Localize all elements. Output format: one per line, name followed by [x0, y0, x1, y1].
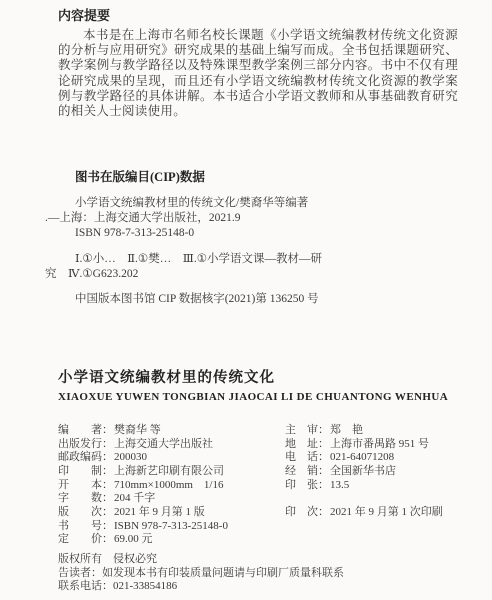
colophon-row-chief-reviewer: 主 审：郑 艳 [285, 421, 458, 435]
copyright-statement: 版权所有 侵权必究 [58, 553, 458, 567]
cip-heading: 图书在版编目(CIP)数据 [75, 170, 457, 184]
colophon-value: 上海交通大学出版社 [114, 435, 213, 451]
colophon-right-column: 主 审：郑 艳 地 址：上海市番禺路 951 号 电 话：021-6407120… [285, 421, 458, 517]
colophon-value: 2021 年 9 月第 1 次印刷 [330, 503, 443, 519]
colophon-row-distributor: 经 销：全国新华书店 [285, 462, 458, 476]
book-title-block: 小学语文统编教材里的传统文化 XIAOXUE YUWEN TONGBIAN JI… [58, 366, 458, 403]
colophon-row-edition: 版 次：2021 年 9 月第 1 版 [58, 503, 283, 517]
colophon-value: 全国新华书店 [330, 462, 396, 478]
colophon-left-column: 编 著：樊裔华 等 出版发行：上海交通大学出版社 邮政编码：200030 印 制… [58, 421, 283, 544]
colophon-label: 印 次： [285, 503, 329, 519]
cip-data-section: 图书在版编目(CIP)数据 小学语文统编教材里的传统文化/樊裔华等编著 .—上海… [45, 170, 457, 306]
book-title-pinyin: XIAOXUE YUWEN TONGBIAN JIAOCAI LI DE CHU… [58, 391, 458, 403]
colophon-row-printing: 印 次：2021 年 9 月第 1 次印刷 [285, 503, 458, 517]
content-summary-section: 内容提要 本书是在上海市名师名校长课题《小学语文统编教材传统文化资源的分析与应用… [58, 5, 458, 119]
colophon-row-price: 定 价：69.00 元 [58, 530, 283, 544]
colophon-row-author: 编 著：樊裔华 等 [58, 421, 283, 435]
colophon-label: 定 价： [58, 530, 113, 546]
contact-phone: 联系电话：021-33854186 [58, 580, 458, 594]
colophon-value: 上海市番禺路 951 号 [330, 435, 429, 451]
reader-notice: 告读者：如发现本书有印装质量问题请与印刷厂质量科联系 [58, 567, 458, 581]
cip-title-line: 小学语文统编教材里的传统文化/樊裔华等编著 [75, 196, 457, 210]
colophon-value: 2021 年 9 月第 1 版 [114, 503, 205, 519]
summary-body: 本书是在上海市名师名校长课题《小学语文统编教材传统文化资源的分析与应用研究》研究… [58, 28, 458, 119]
colophon-row-phone: 电 话：021-64071208 [285, 448, 458, 462]
colophon-row-address: 地 址：上海市番禺路 951 号 [285, 435, 458, 449]
colophon-value: 69.00 元 [114, 530, 153, 546]
book-title: 小学语文统编教材里的传统文化 [58, 366, 458, 387]
cip-isbn-line: ISBN 978-7-313-25148-0 [75, 226, 457, 240]
colophon-row-printer: 印 制：上海新艺印刷有限公司 [58, 462, 283, 476]
cip-classification-line-1: Ⅰ.①小… Ⅱ.①樊… Ⅲ.①小学语文课—教材—研 [75, 252, 457, 266]
colophon-row-isbn: 书 号：ISBN 978-7-313-25148-0 [58, 517, 283, 531]
cip-publisher-line: .—上海：上海交通大学出版社，2021.9 [45, 211, 457, 225]
cip-record-number-line: 中国版本图书馆 CIP 数据核字(2021)第 136250 号 [75, 292, 457, 306]
copyright-page: 内容提要 本书是在上海市名师名校长课题《小学语文统编教材传统文化资源的分析与应用… [0, 0, 492, 600]
colophon-row-publisher: 出版发行：上海交通大学出版社 [58, 435, 283, 449]
colophon-row-format: 开 本：710mm×1000mm 1/16 [58, 476, 283, 490]
cip-classification-line-2: 究 Ⅳ.①G623.202 [45, 267, 457, 281]
colophon-label: 印 张： [285, 476, 329, 492]
colophon-value: 13.5 [330, 479, 349, 491]
summary-heading: 内容提要 [58, 5, 458, 24]
copyright-notice-section: 版权所有 侵权必究 告读者：如发现本书有印装质量问题请与印刷厂质量科联系 联系电… [58, 553, 458, 594]
